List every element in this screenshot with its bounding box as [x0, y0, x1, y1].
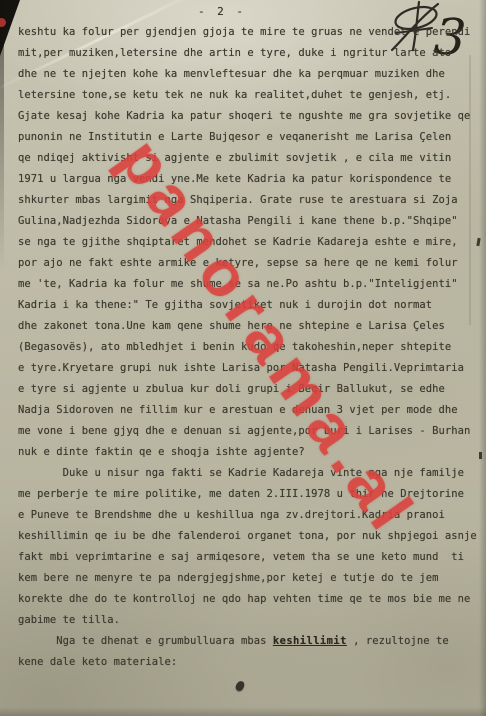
document-line: keshtu ka folur per gjendjen gjoja te mi… [18, 22, 486, 43]
document-line: 1971 u largua nga vendi yne.Me kete Kadr… [18, 169, 486, 190]
document-line: Nga te dhenat e grumbulluara mbas keshil… [18, 631, 486, 652]
underlined-word: keshillimit [273, 635, 347, 647]
document-line: qe ndiqej aktivisht si agjente e zbulimi… [18, 148, 486, 169]
document-line: mit,per muziken,letersine dhe artin e ty… [18, 43, 486, 64]
scan-edge-left [0, 0, 4, 270]
document-line: kene dale keto materiale: [18, 652, 486, 673]
document-line: korekte dhe do te kontrolloj ne qdo hap … [18, 589, 486, 610]
ink-speck [235, 680, 245, 692]
document-line: kem bere ne menyre te pa ndergjegjshme,p… [18, 568, 486, 589]
document-line: me vone i bene gjyq dhe e denuan si agje… [18, 421, 486, 442]
document-line: Duke u nisur nga fakti se Kadrie Kadarej… [18, 463, 486, 484]
document-line: dhe ne te njejten kohe ka menvleftesuar … [18, 64, 486, 85]
document-line: gabime te tilla. [18, 610, 486, 631]
document-line: nuk e dinte faktin qe e shoqja ishte agj… [18, 442, 486, 463]
document-line: Gjate kesaj kohe Kadria ka patur shoqeri… [18, 106, 486, 127]
page-number: - 2 - [0, 3, 444, 20]
document-line: keshillimin qe iu be dhe falenderoi orga… [18, 526, 486, 547]
document-line: Gulina,Nadjezhda Sidorova e Natasha Peng… [18, 211, 486, 232]
document-line: shkurter mbas largimit nga Shqiperia. Gr… [18, 190, 486, 211]
scan-edge-bottom [0, 707, 486, 716]
scanned-document-page: - 2 - 3 keshtu ka folur per gjendjen gjo… [0, 0, 486, 716]
document-line: fakt mbi veprimtarine e saj armiqesore, … [18, 547, 486, 568]
document-line: letersine tone,se ketu tek ne nuk ka rea… [18, 85, 486, 106]
document-line: e tyre si agjente u zbulua kur doli grup… [18, 379, 486, 400]
document-line: punonin ne Institutin e Larte Bujqesor e… [18, 127, 486, 148]
document-line: Nadja Sidoroven ne fillim kur e arestuan… [18, 400, 486, 421]
